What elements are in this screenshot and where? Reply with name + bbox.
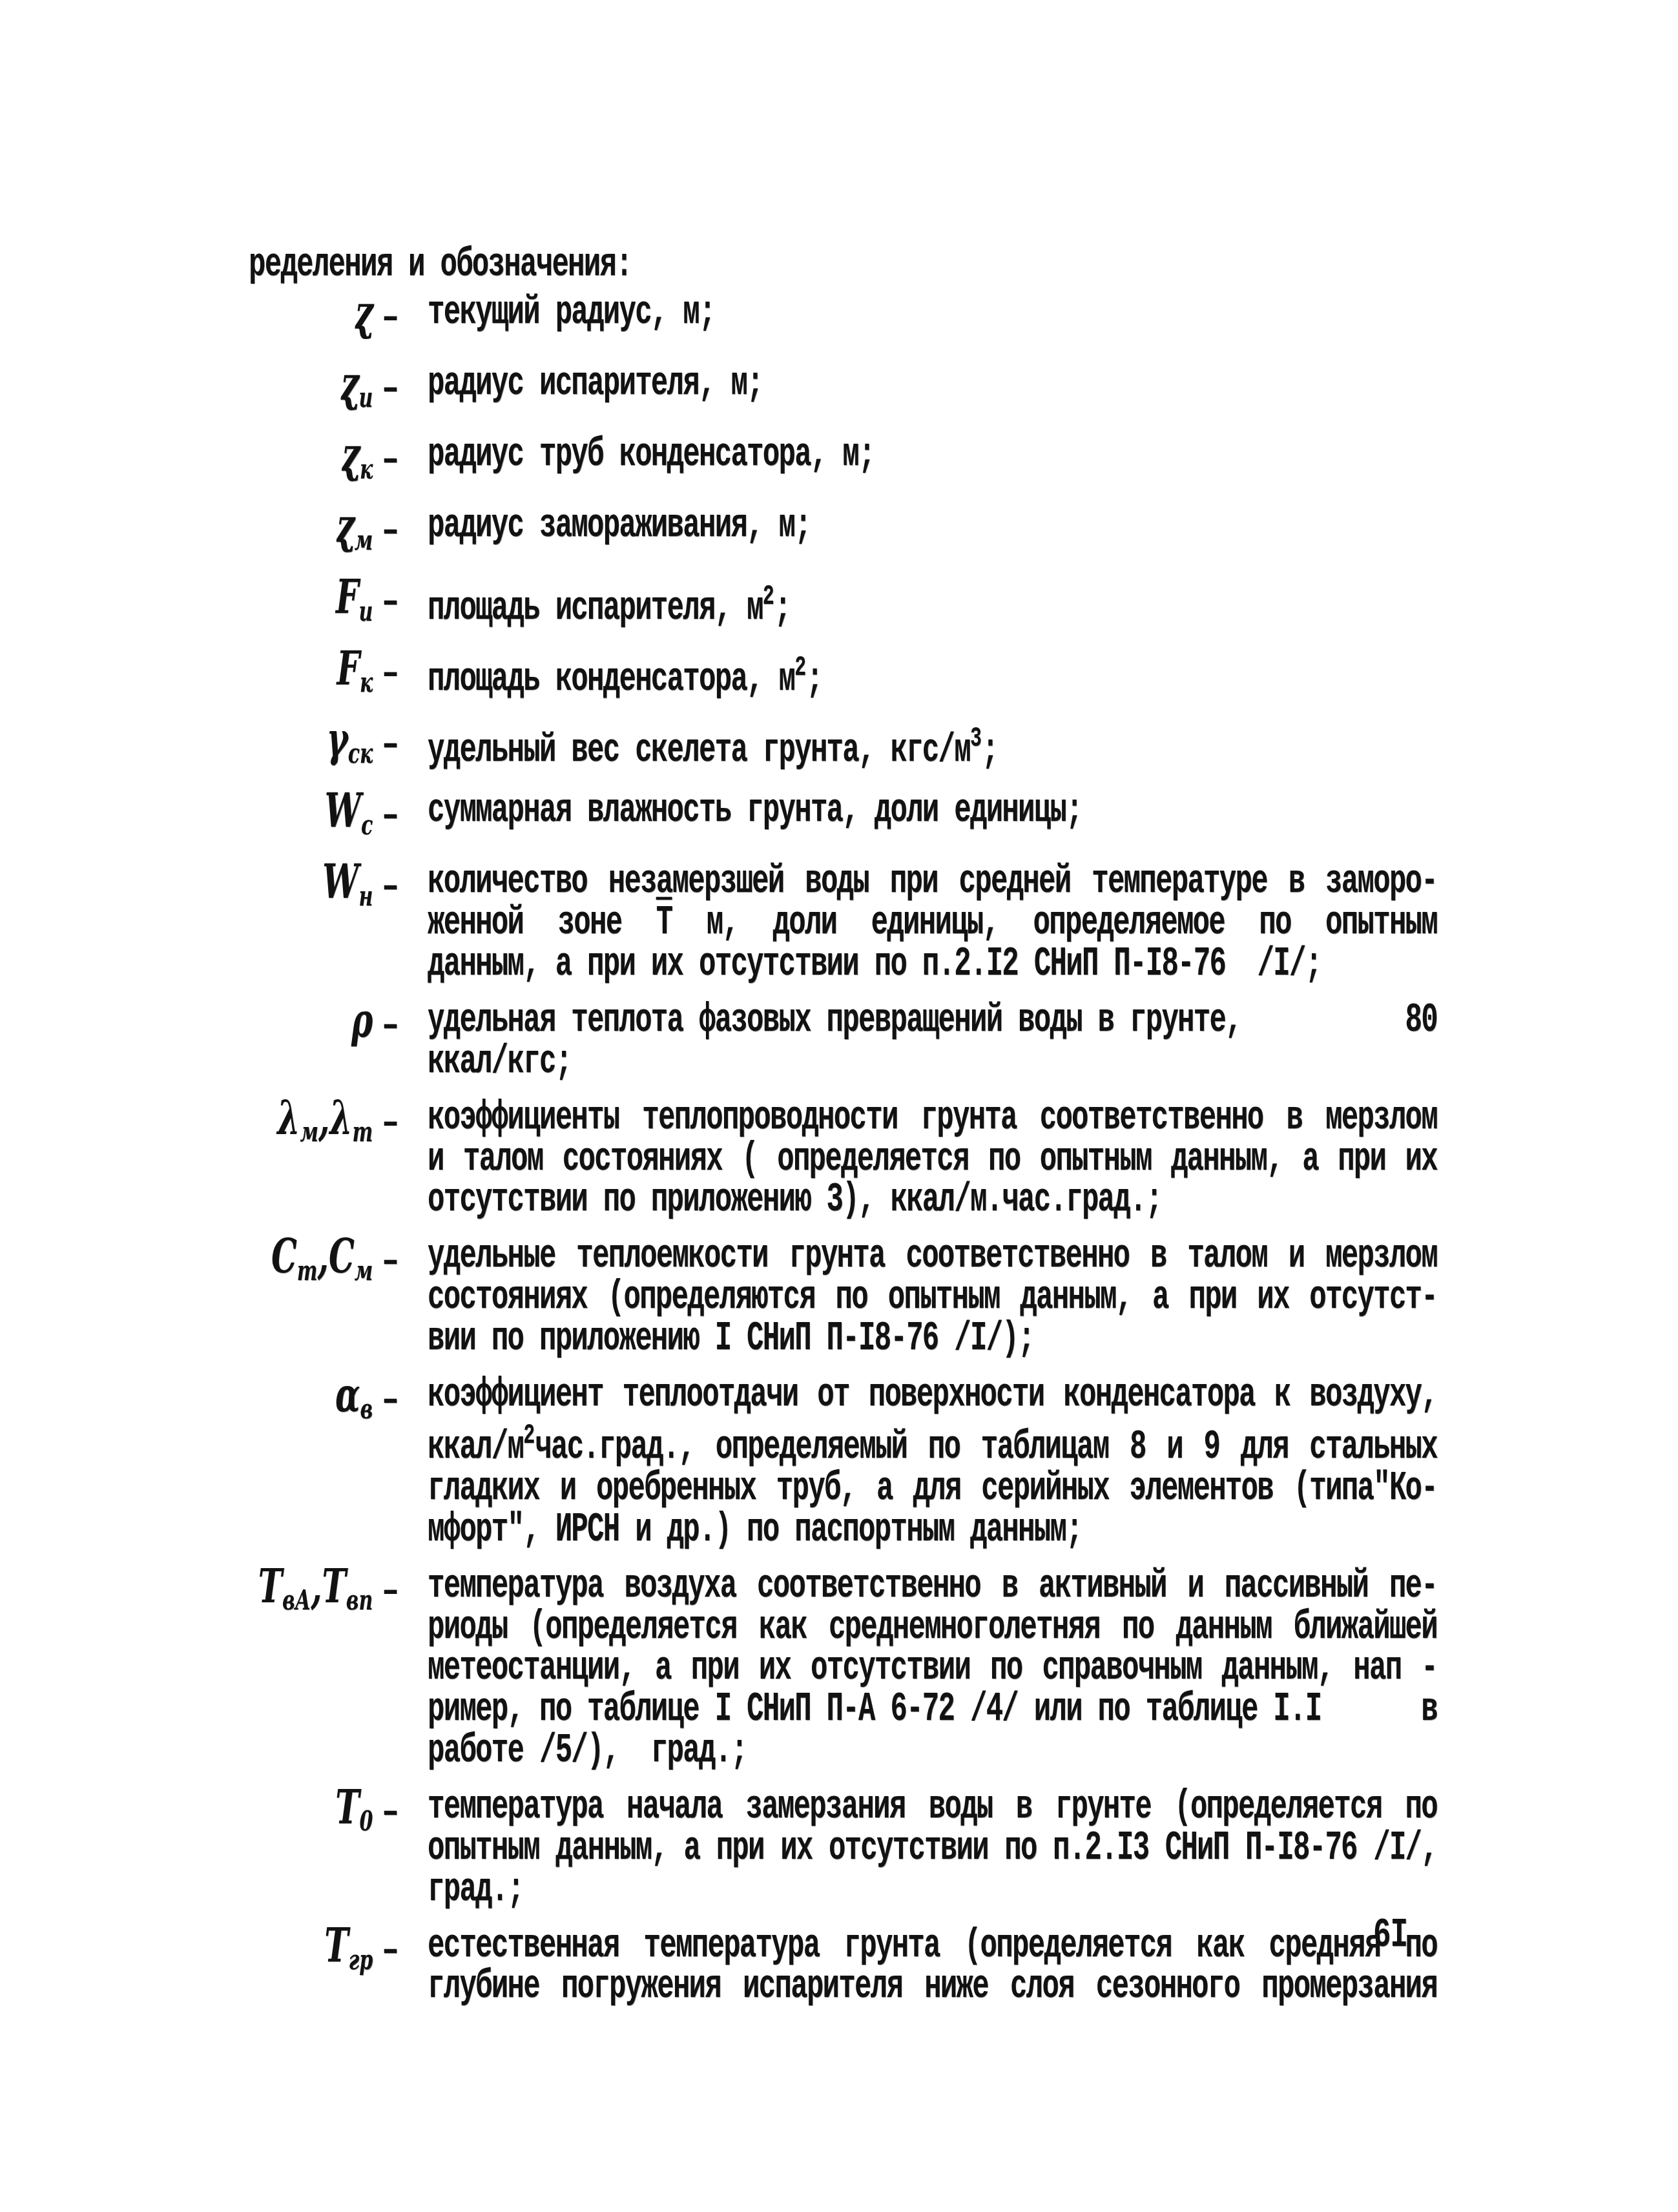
dash: –	[382, 295, 398, 341]
definition-row-W-c: Wс– суммарная влажность грунта, доли еди…	[213, 790, 1437, 846]
definition-text: коэффициент теплоотдачи от поверхности к…	[428, 1374, 1437, 1551]
text-line: метеостанции, а при их отсутствии по спр…	[428, 1648, 1437, 1690]
text-line: коэффициент теплоотдачи от поверхности к…	[428, 1374, 1437, 1416]
text-line: опытным данным, а при их отсутствии по п…	[428, 1828, 1437, 1869]
text-line: суммарная влажность грунта, доли единицы…	[428, 790, 1437, 831]
text-line: радиус труб конденсатора, м;	[428, 434, 1437, 475]
text-line: глубине погружения испарителя ниже слоя …	[428, 1967, 1437, 2008]
definition-text: площадь испарителя, м2;	[428, 577, 1437, 629]
text-line: вии по приложению I СНиП П-I8-76 /I/);	[428, 1318, 1437, 1359]
text-line: град.;	[428, 1869, 1437, 1910]
definition-row-rho: ρ– удельная теплота фазовых превращений …	[213, 1000, 1437, 1082]
definition-row-lambda: λм,λт– коэффициенты теплопроводности гру…	[213, 1097, 1437, 1221]
dash: –	[382, 1239, 398, 1286]
value-80: 80	[1405, 1000, 1437, 1041]
dash: –	[382, 366, 398, 413]
symbol-W-c: Wс–	[213, 790, 428, 846]
dash: –	[382, 793, 398, 840]
definition-text: коэффициенты теплопроводности грунта соо…	[428, 1097, 1437, 1221]
definition-row-alpha-v: αв– коэффициент теплоотдачи от поверхнос…	[213, 1374, 1437, 1551]
definition-row-r-i: ɀи– радиус испарителя, м;	[213, 363, 1437, 419]
definition-row-r-k: ɀк– радиус труб конденсатора, м;	[213, 434, 1437, 490]
text-line: радиус испарителя, м;	[428, 363, 1437, 404]
dash: –	[382, 1003, 398, 1050]
definition-row-r-m: ɀм– радиус замораживания, м;	[213, 506, 1437, 562]
symbol-C-t-m: Ст,См–	[213, 1236, 428, 1292]
dash: –	[382, 579, 398, 626]
superscript: 2	[794, 652, 806, 684]
superscript: 2	[763, 581, 774, 613]
text-line: удельный вес скелета грунта, кгс/м3;	[428, 719, 1437, 771]
superscript: 2	[523, 1420, 535, 1452]
definition-text: суммарная влажность грунта, доли единицы…	[428, 790, 1437, 831]
symbol-gamma-sk: γск–	[213, 719, 428, 775]
text-line: удельные теплоемкости грунта соответстве…	[428, 1236, 1437, 1277]
definition-row-r: ɀ– текущий радиус, м;	[213, 292, 1437, 348]
superscript: 3	[970, 723, 982, 755]
definition-row-T-0: Т0– температура начала замерзания воды в…	[213, 1786, 1437, 1910]
symbol-alpha-v: αв–	[213, 1374, 428, 1431]
text-line: текущий радиус, м;	[428, 292, 1437, 333]
symbol-lambda-m-t: λм,λт–	[213, 1097, 428, 1153]
definition-row-F-i: Fи– площадь испарителя, м2;	[213, 577, 1437, 633]
symbol-rho: ρ–	[213, 1000, 428, 1047]
definition-text: радиус труб конденсатора, м;	[428, 434, 1437, 475]
definition-row-gamma-sk: γск– удельный вес скелета грунта, кгс/м3…	[213, 719, 1437, 775]
dash: –	[382, 864, 398, 911]
definition-text: удельные теплоемкости грунта соответстве…	[428, 1236, 1437, 1359]
text-line: работе /5/), град.;	[428, 1730, 1437, 1772]
T-overbar-symbol: Т	[656, 900, 672, 947]
page-number: 6I	[1373, 1916, 1407, 1956]
text-line: ккал/кгс;	[428, 1041, 1437, 1082]
text-line: риоды (определяется как среднемноголетня…	[428, 1607, 1437, 1648]
symbol-T-gr: Тгр–	[213, 1925, 428, 1981]
dash: –	[382, 1100, 398, 1147]
definition-text: естественная температура грунта (определ…	[428, 1925, 1437, 2008]
definition-text: радиус испарителя, м;	[428, 363, 1437, 404]
page-heading: ределения и обозначения:	[249, 244, 632, 285]
definition-text: площадь конденсатора, м2;	[428, 648, 1437, 700]
text-line: состояниях (определяются по опытным данн…	[428, 1277, 1437, 1318]
symbol-T-0: Т0–	[213, 1786, 428, 1843]
definitions-list: ɀ– текущий радиус, м; ɀи– радиус испарит…	[213, 292, 1437, 2023]
definition-text: температура начала замерзания воды в гру…	[428, 1786, 1437, 1910]
definition-text: количество незамерзшей воды при средней …	[428, 862, 1437, 985]
dash: –	[382, 722, 398, 769]
text-line: и талом состояниях ( определяется по опы…	[428, 1139, 1437, 1180]
dash: –	[382, 650, 398, 698]
dash: –	[382, 1378, 398, 1425]
definition-row-T-vA-vP: ТвА,Твп– температура воздуха соответстве…	[213, 1566, 1437, 1772]
text-line: температура начала замерзания воды в гру…	[428, 1786, 1437, 1828]
definition-text: текущий радиус, м;	[428, 292, 1437, 333]
text-line: естественная температура грунта (определ…	[428, 1925, 1437, 1967]
text-line: коэффициенты теплопроводности грунта соо…	[428, 1097, 1437, 1139]
definition-row-T-gr: Тгр– естественная температура грунта (оп…	[213, 1925, 1437, 2008]
text-line: женной зоне Т м, доли единицы, определяе…	[428, 902, 1437, 944]
symbol-r-m: ɀм–	[213, 506, 428, 562]
scanned-document-page: ределения и обозначения: ɀ– текущий ради…	[0, 0, 1678, 2212]
definition-row-C: Ст,См– удельные теплоемкости грунта соот…	[213, 1236, 1437, 1359]
dash: –	[382, 437, 398, 484]
text-line: радиус замораживания, м;	[428, 506, 1437, 547]
text-line: ккал/м2час.град., определяемый по таблиц…	[428, 1416, 1437, 1468]
definition-text: удельный вес скелета грунта, кгс/м3;	[428, 719, 1437, 771]
text-line: удельная теплота фазовых превращений вод…	[428, 1000, 1437, 1041]
symbol-F-i: Fи–	[213, 577, 428, 633]
definition-row-W-n: Wн– количество незамерзшей воды при сред…	[213, 862, 1437, 985]
symbol-T-vA-vP: ТвА,Твп–	[213, 1566, 428, 1622]
symbol-r: ɀ–	[213, 292, 428, 348]
symbol-F-k: Fк–	[213, 648, 428, 704]
text-line: площадь испарителя, м2;	[428, 577, 1437, 629]
text-line: мфорт", ИРСН и др.) по паспортным данным…	[428, 1509, 1437, 1551]
text-line: площадь конденсатора, м2;	[428, 648, 1437, 700]
symbol-W-n: Wн–	[213, 862, 428, 918]
text-line: отсутствии по приложению 3), ккал/м.час.…	[428, 1180, 1437, 1221]
dash: –	[382, 1790, 398, 1837]
dash: –	[382, 508, 398, 555]
text-line: ример, по таблице I СНиП П-А 6-72 /4/ ил…	[428, 1689, 1437, 1730]
definition-text: температура воздуха соответственно в акт…	[428, 1566, 1437, 1772]
definition-text: радиус замораживания, м;	[428, 506, 1437, 547]
text-line: данным, а при их отсутствии по п.2.I2 СН…	[428, 944, 1437, 985]
text-line: температура воздуха соответственно в акт…	[428, 1566, 1437, 1607]
definition-text: удельная теплота фазовых превращений вод…	[428, 1000, 1437, 1082]
text-line: гладких и оребренных труб, а для серийны…	[428, 1468, 1437, 1509]
dash: –	[382, 1568, 398, 1615]
text-line: количество незамерзшей воды при средней …	[428, 862, 1437, 903]
definition-row-F-k: Fк– площадь конденсатора, м2;	[213, 648, 1437, 704]
symbol-r-i: ɀи–	[213, 363, 428, 419]
dash: –	[382, 1928, 398, 1975]
symbol-r-k: ɀк–	[213, 434, 428, 490]
